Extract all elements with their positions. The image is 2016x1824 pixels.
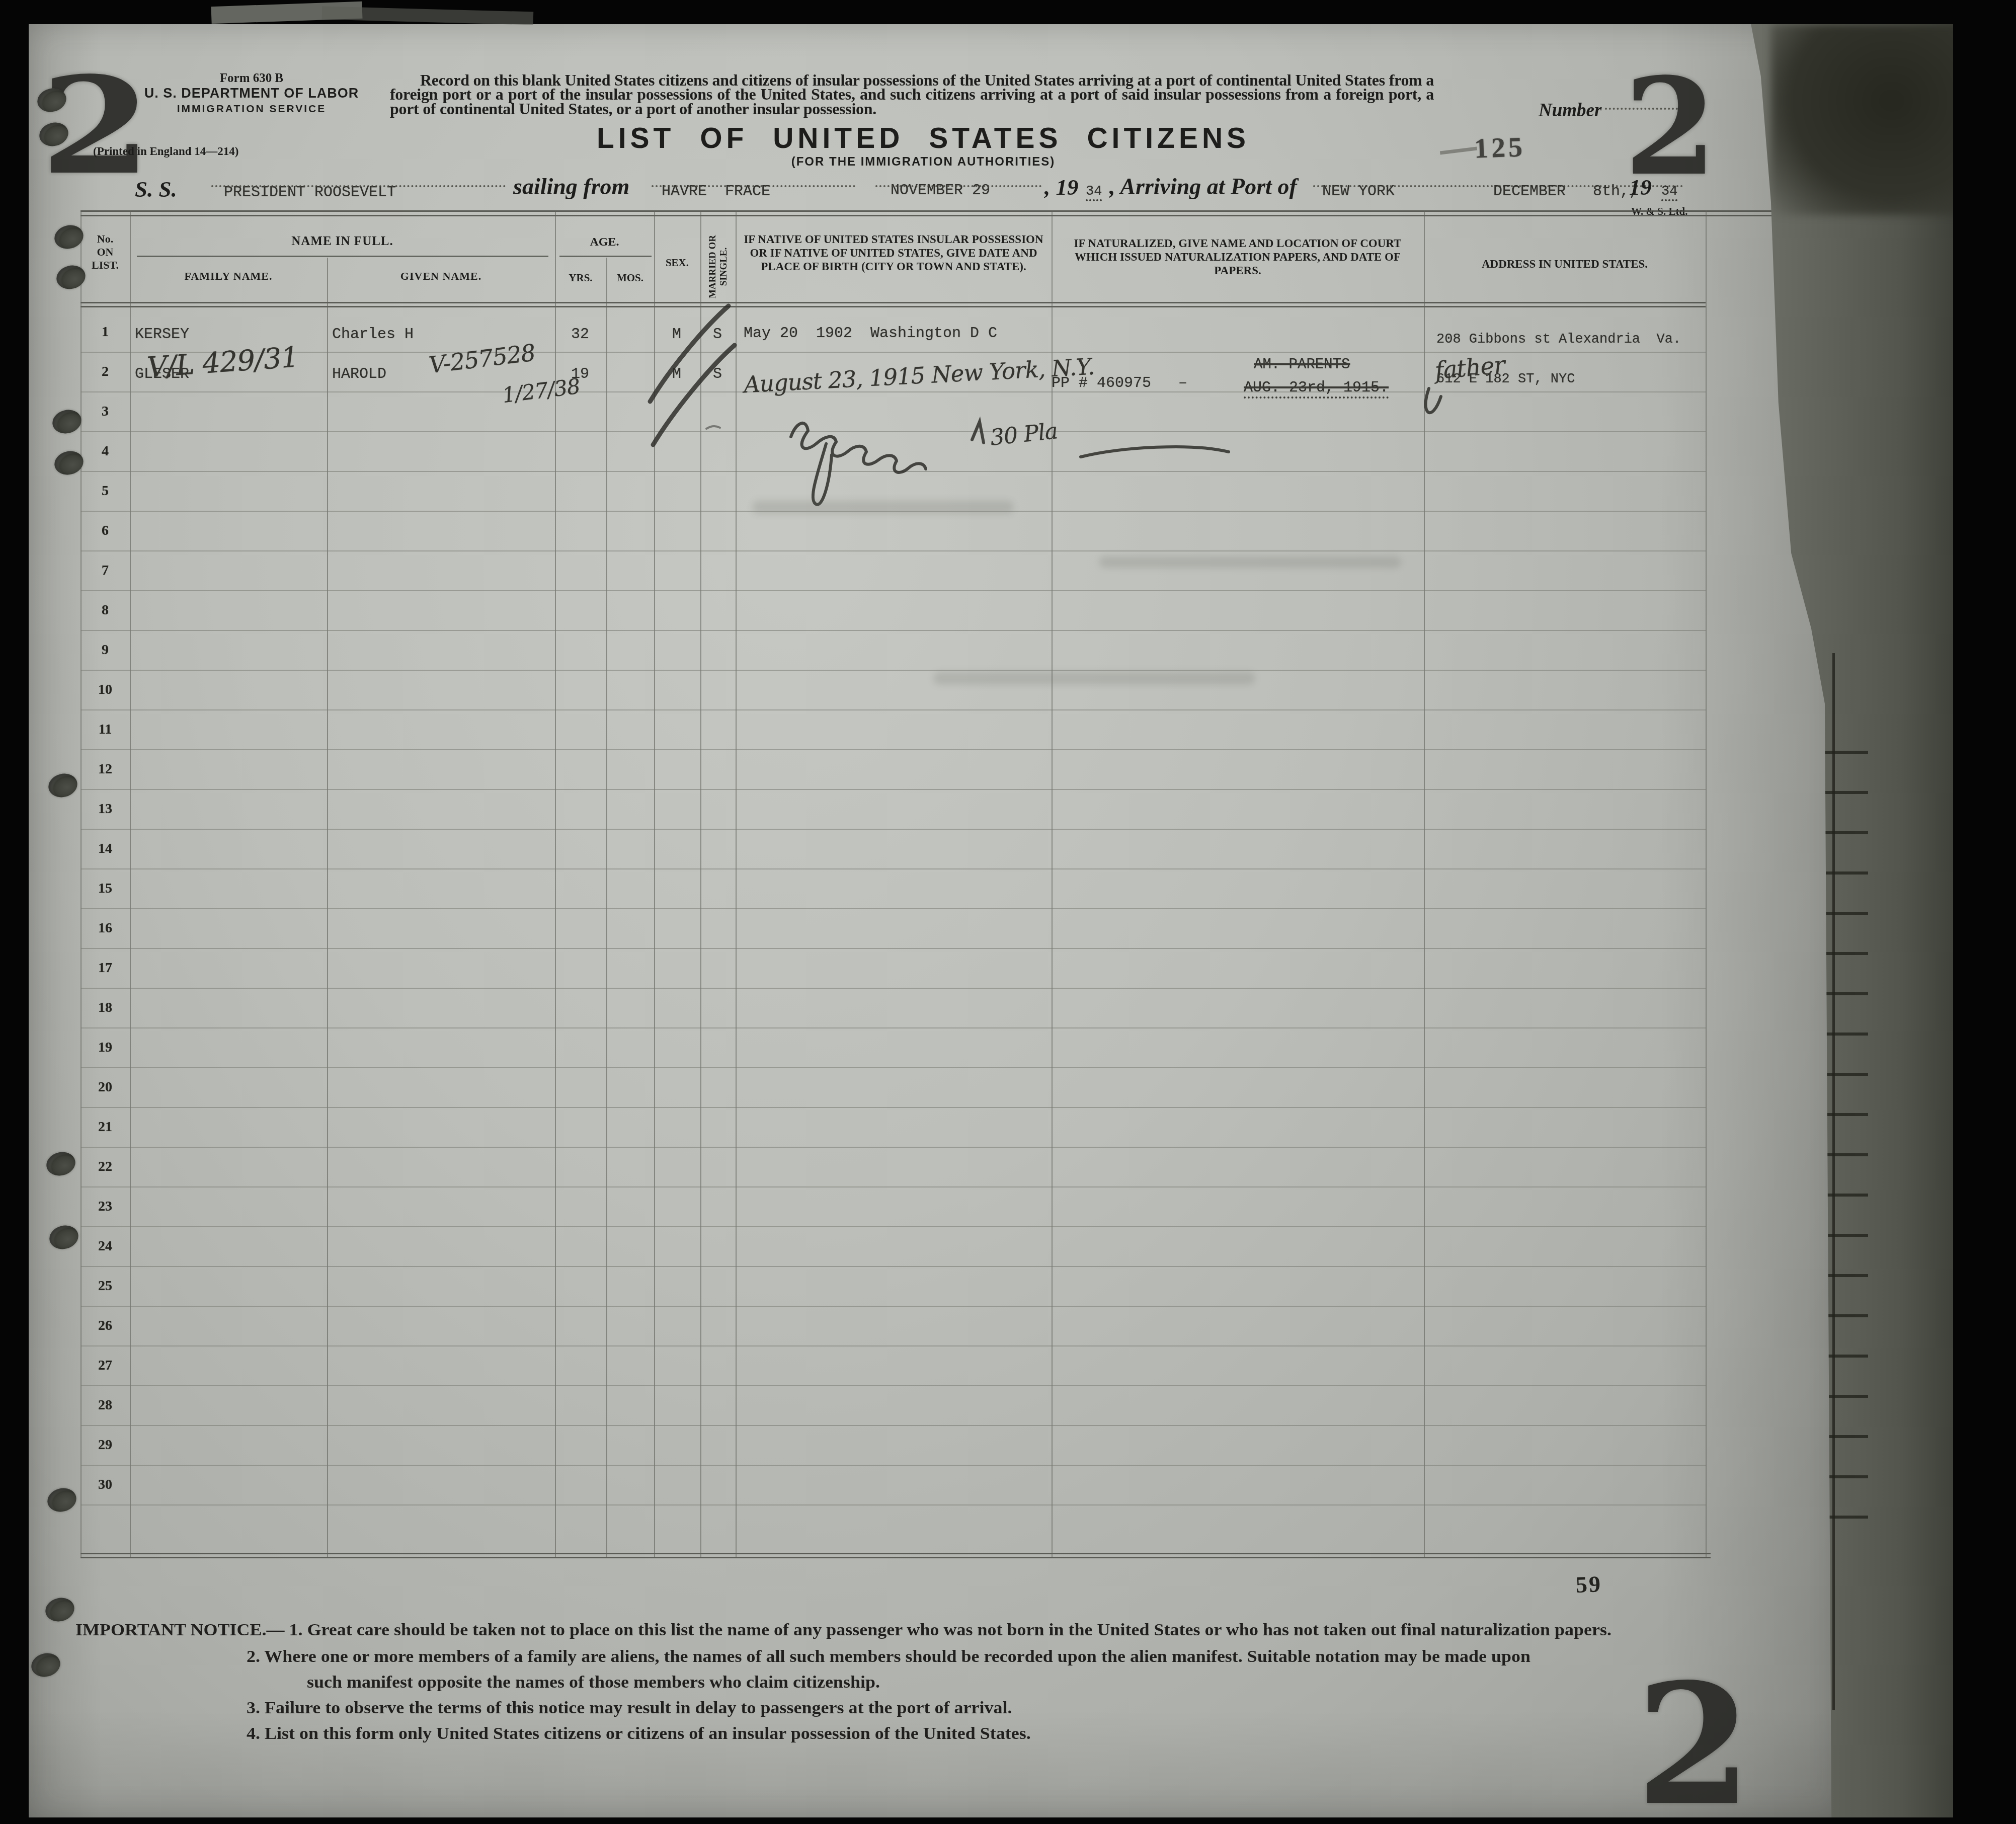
table-row: 11 — [80, 709, 1706, 750]
sex-cell — [654, 948, 699, 962]
sex-cell: M — [654, 352, 699, 383]
table-row: 14 — [80, 829, 1706, 869]
married-or-single-cell — [700, 1027, 735, 1042]
given-name-cell — [332, 1186, 553, 1201]
age-months-cell — [606, 312, 653, 326]
birth-place-cell — [744, 749, 1056, 762]
naturalization-cell — [1052, 1027, 1419, 1051]
given-name-cell — [332, 1345, 553, 1360]
row-number: 10 — [80, 670, 130, 698]
family-name-cell — [135, 1306, 326, 1320]
sex-cell — [654, 1107, 699, 1121]
age-months-cell — [606, 1306, 653, 1320]
table-row: 15 — [80, 868, 1706, 909]
age-years-cell — [555, 670, 605, 684]
naturalization-cell — [1052, 590, 1419, 613]
departure-year-label: , 19 — [1044, 174, 1079, 200]
sex-cell — [654, 590, 699, 604]
row-number: 26 — [80, 1306, 130, 1334]
us-address-cell — [1436, 1266, 1703, 1286]
age-months-cell — [606, 908, 653, 922]
row-number: 14 — [80, 829, 130, 857]
family-name-cell — [135, 1425, 326, 1439]
married-or-single-cell — [700, 391, 735, 406]
age-months-cell — [606, 988, 653, 1002]
col-header-mos: MOS. — [606, 272, 654, 284]
row-number: 20 — [80, 1067, 130, 1095]
married-or-single-cell — [700, 511, 735, 525]
col-header-married-or-single: MARRIED OR SINGLE. — [707, 233, 730, 301]
birth-place-cell — [744, 471, 1056, 484]
age-years-cell: 32 — [555, 312, 605, 343]
col-header-yrs: YRS. — [555, 272, 606, 284]
us-address-cell — [1436, 431, 1703, 451]
us-address-cell — [1436, 1186, 1703, 1207]
married-or-single-cell — [700, 550, 735, 565]
married-or-single-cell — [700, 988, 735, 1002]
given-name-cell — [332, 908, 553, 922]
married-or-single-cell — [700, 670, 735, 684]
married-or-single-cell — [700, 1306, 735, 1320]
us-address-cell — [1436, 1107, 1703, 1127]
instructions-paragraph: Record on this blank United States citiz… — [390, 73, 1434, 116]
sex-cell — [654, 709, 699, 724]
married-or-single-cell — [700, 1067, 735, 1081]
us-address-cell — [1436, 1306, 1703, 1326]
table-row: 8 — [80, 590, 1706, 631]
us-address-cell — [1436, 1147, 1703, 1167]
department-name: U. S. DEPARTMENT OF LABOR — [141, 86, 362, 101]
naturalization-cell — [1052, 789, 1419, 812]
married-or-single-cell — [700, 1345, 735, 1360]
age-months-cell — [606, 709, 653, 724]
family-name-cell — [135, 1147, 326, 1161]
important-notice: IMPORTANT NOTICE.— 1. Great care should … — [75, 1619, 1611, 1744]
age-years-cell — [555, 749, 605, 763]
birth-place-cell: May 20 1902 Washington D C — [744, 312, 1056, 342]
age-years-cell — [555, 1306, 605, 1320]
birth-place-cell — [744, 1226, 1056, 1239]
family-name-cell — [135, 391, 326, 406]
family-name-cell — [135, 988, 326, 1002]
table-row: 21 — [80, 1107, 1706, 1148]
age-years-cell — [555, 590, 605, 604]
age-years-cell — [555, 868, 605, 883]
family-name-cell: KERSEY — [135, 312, 326, 343]
age-years-cell — [555, 1107, 605, 1121]
struck-am-parents: AM. PARENTS — [1254, 356, 1350, 373]
naturalization-cell — [1052, 1465, 1419, 1488]
birth-place-cell — [744, 948, 1056, 961]
sex-cell: M — [654, 312, 699, 343]
age-years-cell — [555, 948, 605, 962]
naturalization-cell — [1052, 511, 1419, 534]
row-number: 18 — [80, 988, 130, 1016]
sex-cell — [654, 1186, 699, 1201]
birth-place-cell — [744, 1266, 1056, 1279]
married-or-single-cell — [700, 829, 735, 843]
family-name-cell — [135, 1186, 326, 1201]
family-name-cell — [135, 789, 326, 803]
birth-place-cell — [744, 1067, 1056, 1080]
sex-cell — [654, 988, 699, 1002]
row-number: 16 — [80, 908, 130, 936]
naturalization-cell — [1052, 1425, 1419, 1448]
given-name-cell — [332, 1306, 553, 1320]
age-months-cell — [606, 670, 653, 684]
us-address-cell — [1436, 1385, 1703, 1405]
naturalization-cell — [1052, 908, 1419, 931]
age-years-cell — [555, 1345, 605, 1360]
birth-place-cell — [744, 1147, 1056, 1160]
given-name-cell — [332, 1266, 553, 1280]
birth-place-cell — [744, 1425, 1056, 1438]
given-name-cell — [332, 1226, 553, 1240]
sex-cell — [654, 1345, 699, 1360]
family-name-cell — [135, 1107, 326, 1121]
scan-edge-right — [1953, 0, 2016, 1824]
table-row: 9 — [80, 630, 1706, 671]
col-header-address: ADDRESS IN UNITED STATES. — [1424, 258, 1706, 271]
sex-cell — [654, 1385, 699, 1399]
row-number: 25 — [80, 1266, 130, 1294]
given-name-cell — [332, 829, 553, 843]
given-name-cell — [332, 1107, 553, 1121]
family-name-cell — [135, 1345, 326, 1360]
age-months-cell — [606, 431, 653, 445]
family-name-cell — [135, 1385, 326, 1399]
family-name-cell — [135, 431, 326, 445]
row-number: 23 — [80, 1186, 130, 1215]
notice-heading: IMPORTANT NOTICE.— — [75, 1620, 284, 1639]
given-name-cell — [332, 1385, 553, 1399]
notice-line-5: 4. List on this form only United States … — [247, 1723, 1611, 1743]
age-years-cell — [555, 550, 605, 565]
scan-edge-left — [0, 0, 29, 1824]
row-number: 2 — [80, 352, 130, 380]
married-or-single-cell — [700, 1147, 735, 1161]
row-number: 4 — [80, 431, 130, 459]
row-number: 19 — [80, 1027, 130, 1056]
given-name-cell — [332, 1067, 553, 1081]
given-name-cell — [332, 1425, 553, 1439]
sex-cell — [654, 431, 699, 445]
family-name-cell — [135, 1465, 326, 1479]
table-row: 10 — [80, 670, 1706, 710]
age-years-cell — [555, 1027, 605, 1042]
given-name-cell — [332, 868, 553, 883]
given-name-cell: Charles H — [332, 312, 553, 343]
table-row: 24 — [80, 1226, 1706, 1267]
naturalization-cell — [1052, 471, 1419, 494]
us-address-cell — [1436, 908, 1703, 928]
given-name-cell — [332, 988, 553, 1002]
departure-year: 34 — [1086, 184, 1102, 201]
birth-place-cell — [744, 550, 1056, 564]
naturalization-cell — [1052, 1067, 1419, 1090]
age-years-cell — [555, 1425, 605, 1439]
family-name-cell — [135, 471, 326, 485]
us-address-cell — [1436, 1067, 1703, 1087]
sex-cell — [654, 550, 699, 565]
arriving-label: , Arriving at Port of — [1109, 173, 1297, 200]
us-address-cell — [1436, 789, 1703, 809]
table-row: 30 — [80, 1465, 1706, 1505]
age-years-cell — [555, 1067, 605, 1081]
age-years-cell — [555, 988, 605, 1002]
table-row: 3 — [80, 391, 1706, 432]
sex-cell — [654, 868, 699, 883]
age-months-cell — [606, 1226, 653, 1240]
table-row: 18 — [80, 988, 1706, 1028]
age-months-cell — [606, 1385, 653, 1399]
age-months-cell — [606, 1067, 653, 1081]
given-name-cell — [332, 1147, 553, 1161]
given-name-cell — [332, 630, 553, 644]
family-name-cell — [135, 590, 326, 604]
naturalization-cell — [1052, 749, 1419, 772]
given-name-cell — [332, 511, 553, 525]
sailing-from-label: sailing from — [513, 173, 629, 200]
family-name-cell — [135, 868, 326, 883]
sex-cell — [654, 1306, 699, 1320]
naturalization-cell — [1052, 1345, 1419, 1369]
family-name-cell — [135, 1266, 326, 1280]
married-or-single-cell — [700, 749, 735, 763]
age-months-cell — [606, 1186, 653, 1201]
age-months-cell — [606, 352, 653, 366]
birth-place-cell — [744, 789, 1056, 802]
col-header-no-on-list: No. ON LIST. — [82, 232, 129, 272]
table-row: 1 KERSEY Charles H 32 M S May 20 1902 Wa… — [80, 312, 1706, 353]
family-name-cell — [135, 908, 326, 922]
col-header-naturalization: IF NATURALIZED, GIVE NAME AND LOCATION O… — [1059, 236, 1416, 277]
naturalization-cell — [1052, 1306, 1419, 1329]
age-months-cell — [606, 749, 653, 763]
family-name-cell — [135, 1027, 326, 1042]
row-number: 15 — [80, 868, 130, 897]
family-name-cell — [135, 829, 326, 843]
age-months-cell — [606, 550, 653, 565]
table-row: 28 — [80, 1385, 1706, 1426]
age-months-cell — [606, 630, 653, 644]
birth-place-cell — [744, 1186, 1056, 1200]
table-row: 26 — [80, 1306, 1706, 1346]
sex-cell — [654, 1147, 699, 1161]
married-or-single-cell — [700, 590, 735, 604]
family-name-cell — [135, 550, 326, 565]
row-number: 21 — [80, 1107, 130, 1135]
us-address-cell: 208 Gibbons st Alexandria Va. — [1436, 312, 1703, 347]
married-or-single-cell — [700, 1425, 735, 1439]
age-months-cell — [606, 789, 653, 803]
age-years-cell — [555, 1186, 605, 1201]
table-row: 23 — [80, 1186, 1706, 1227]
sex-cell — [654, 670, 699, 684]
married-or-single-cell — [700, 1465, 735, 1479]
table-row: 20 — [80, 1067, 1706, 1108]
notice-line-3: such manifest opposite the names of thos… — [307, 1672, 1611, 1692]
birth-place-cell — [744, 1306, 1056, 1319]
naturalization-cell — [1052, 630, 1419, 653]
sex-cell — [654, 1266, 699, 1280]
age-months-cell — [606, 391, 653, 406]
notice-line-4: 3. Failure to observe the terms of this … — [247, 1697, 1611, 1717]
us-address-cell — [1436, 630, 1703, 650]
list-number-stamp: 125 — [1474, 131, 1526, 165]
given-name-cell — [332, 709, 553, 724]
us-address-cell — [1436, 1345, 1703, 1366]
age-years-cell — [555, 431, 605, 445]
us-address-cell — [1436, 1027, 1703, 1048]
age-years-cell — [555, 829, 605, 843]
printed-in-note: (Printed in England 14—214) — [93, 145, 238, 158]
col-header-name-in-full: NAME IN FULL. — [130, 234, 555, 249]
col-header-birth: IF NATIVE OF UNITED STATES INSULAR POSSE… — [744, 232, 1043, 273]
row-number: 8 — [80, 590, 130, 618]
table-row: 4 — [80, 431, 1706, 472]
given-name-cell — [332, 749, 553, 763]
table-row: 19 — [80, 1027, 1706, 1068]
row-number: 17 — [80, 948, 130, 976]
age-months-cell — [606, 471, 653, 485]
birth-place-cell — [744, 988, 1056, 1001]
us-address-cell — [1436, 948, 1703, 968]
us-address-cell — [1436, 988, 1703, 1008]
sex-cell — [654, 829, 699, 843]
col-header-family-name: FAMILY NAME. — [130, 270, 327, 283]
row-number: 29 — [80, 1425, 130, 1453]
sheet-number-stamp-bottom-right: 2 — [1636, 1661, 1752, 1824]
sex-cell — [654, 908, 699, 922]
given-name-cell — [332, 670, 553, 684]
row-number: 28 — [80, 1385, 130, 1413]
birth-place-cell — [744, 709, 1056, 723]
us-address-cell — [1436, 590, 1703, 610]
us-address-cell — [1436, 1425, 1703, 1445]
age-months-cell — [606, 1465, 653, 1479]
naturalization-cell — [1052, 1186, 1419, 1210]
birth-place-cell — [744, 1385, 1056, 1398]
age-years-cell — [555, 471, 605, 485]
age-months-cell — [606, 1425, 653, 1439]
age-years-cell — [555, 789, 605, 803]
notice-line-1: 1. Great care should be taken not to pla… — [289, 1620, 1611, 1639]
age-years-cell — [555, 1266, 605, 1280]
us-address-cell — [1436, 670, 1703, 690]
naturalization-cell — [1052, 1226, 1419, 1249]
table-row: 12 — [80, 749, 1706, 790]
scan-edge-bottom — [0, 1817, 2016, 1824]
naturalization-cell — [1052, 1147, 1419, 1170]
table-row: 6 — [80, 511, 1706, 551]
us-address-cell — [1436, 550, 1703, 571]
birth-place-cell — [744, 590, 1056, 603]
us-address-cell — [1436, 829, 1703, 849]
row-number: 7 — [80, 550, 130, 579]
age-years-cell — [555, 1147, 605, 1161]
married-or-single-cell — [700, 1385, 735, 1399]
row-number: 3 — [80, 391, 130, 420]
sex-cell — [654, 1425, 699, 1439]
us-address-cell — [1436, 709, 1703, 730]
age-years-cell — [555, 908, 605, 922]
arrival-year: 34 — [1661, 184, 1677, 201]
given-name-cell — [332, 590, 553, 604]
family-name-cell — [135, 948, 326, 962]
table-row: 29 — [80, 1425, 1706, 1466]
table-row: 22 — [80, 1147, 1706, 1187]
number-label: Number — [1539, 100, 1601, 121]
naturalization-cell — [1052, 709, 1419, 733]
age-months-cell — [606, 948, 653, 962]
service-name: IMMIGRATION SERVICE — [141, 103, 362, 115]
row-number: 30 — [80, 1465, 130, 1493]
naturalization-cell — [1052, 988, 1419, 1011]
family-name-cell — [135, 709, 326, 724]
married-or-single-cell — [700, 630, 735, 644]
naturalization-cell — [1052, 948, 1419, 971]
married-or-single-cell — [700, 868, 735, 883]
given-name-cell — [332, 1465, 553, 1479]
birth-place-cell — [744, 908, 1056, 921]
birth-place-cell — [744, 1345, 1056, 1359]
table-row: 17 — [80, 948, 1706, 989]
naturalization-cell — [1052, 1107, 1419, 1130]
given-name-cell — [332, 948, 553, 962]
birth-place-cell — [744, 630, 1056, 643]
col-header-age: AGE. — [555, 235, 654, 249]
table-row: 25 — [80, 1266, 1706, 1307]
age-years-cell — [555, 1385, 605, 1399]
arrival-year-label: 19 — [1629, 174, 1652, 200]
age-months-cell — [606, 868, 653, 883]
married-or-single-cell — [700, 709, 735, 724]
row-number: 24 — [80, 1226, 130, 1254]
age-years-cell — [555, 511, 605, 525]
given-name-cell — [332, 431, 553, 445]
family-name-cell — [135, 670, 326, 684]
married-or-single-cell — [700, 431, 735, 445]
married-or-single-cell — [700, 471, 735, 485]
given-name-cell — [332, 471, 553, 485]
married-or-single-cell — [700, 908, 735, 922]
naturalization-cell — [1052, 312, 1419, 335]
sex-cell — [654, 391, 699, 406]
row-number: 5 — [80, 471, 130, 499]
age-months-cell — [606, 1345, 653, 1360]
age-months-cell — [606, 1147, 653, 1161]
given-name-cell — [332, 550, 553, 565]
naturalization-cell — [1052, 868, 1419, 892]
naturalization-cell — [1052, 431, 1419, 454]
row-number: 11 — [80, 709, 130, 738]
us-address-cell — [1436, 868, 1703, 889]
family-name-cell — [135, 1067, 326, 1081]
page-number: 59 — [1575, 1570, 1602, 1598]
given-name-cell — [332, 789, 553, 803]
sex-cell — [654, 511, 699, 525]
age-months-cell — [606, 1107, 653, 1121]
arrival-date: DECEMBER 8th,, — [1493, 183, 1638, 200]
sex-cell — [654, 1465, 699, 1479]
birth-place-cell — [744, 1027, 1056, 1041]
age-years-cell — [555, 630, 605, 644]
us-address-cell — [1436, 511, 1703, 531]
col-header-given-name: GIVEN NAME. — [327, 270, 555, 283]
table-row: 7 — [80, 550, 1706, 591]
age-months-cell — [606, 590, 653, 604]
